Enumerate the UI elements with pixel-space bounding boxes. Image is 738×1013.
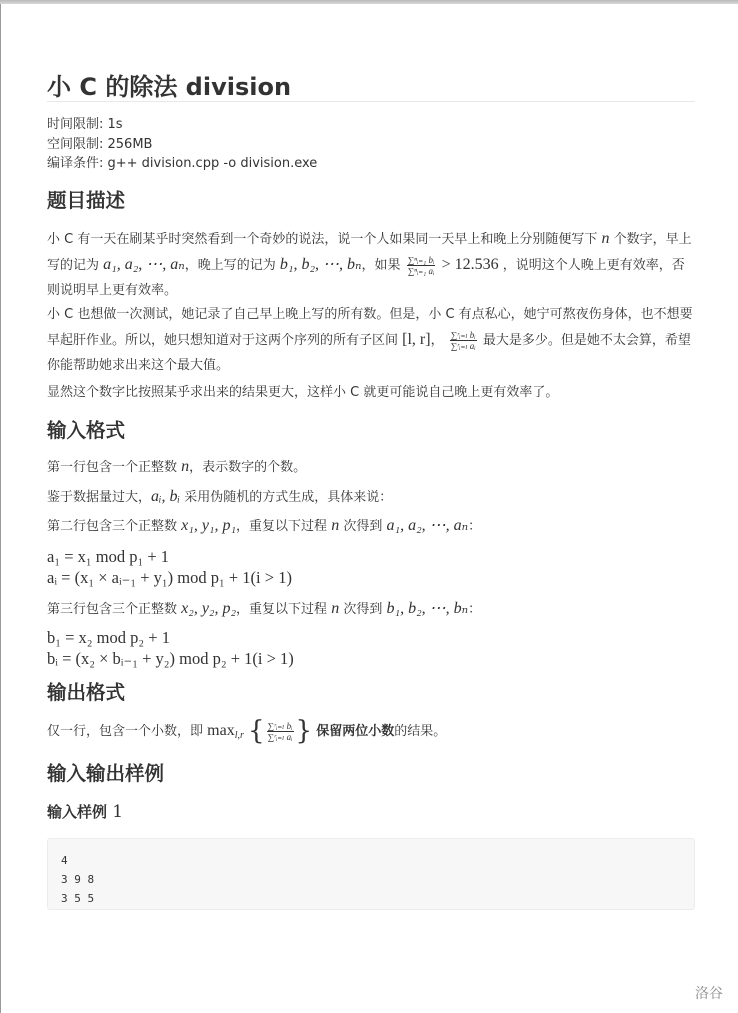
section-heading-samples: 输入输出样例 (47, 761, 164, 787)
math-n: n (601, 230, 609, 247)
equation-bi: bᵢ = (x₂ × bᵢ₋₁ + y₂) mod p₂ + 1(i > 1) (47, 649, 294, 669)
right-brace: } (296, 716, 313, 746)
equation-a1: a₁ = x₁ mod p₁ + 1 (47, 547, 169, 567)
description-paragraph-1: 小 C 有一天在刷某乎时突然看到一个奇妙的说法，说一个人如果同一天早上和晚上分别… (47, 226, 695, 303)
math-interval: [l, r] (402, 331, 430, 348)
problem-meta: 时间限制: 1s 空间限制: 256MB 编译条件: g++ division.… (47, 115, 317, 174)
memory-limit: 空间限制: 256MB (47, 135, 317, 155)
math-seq-a: a₁, a₂, ⋯, aₙ (103, 256, 185, 273)
input-line-3: 第二行包含三个正整数 x₁, y₁, p₁，重复以下过程 n 次得到 a₁, a… (47, 513, 695, 539)
compile-command: 编译条件: g++ division.cpp -o division.exe (47, 154, 317, 174)
left-border (0, 4, 1, 1013)
equation-b1: b₁ = x₂ mod p₂ + 1 (47, 628, 170, 648)
title-divider (47, 101, 695, 102)
top-shadow-bar (0, 0, 738, 4)
math-fraction: ∑ʳᵢ₌ₗ bᵢ∑ʳᵢ₌ₗ aᵢ (450, 330, 477, 351)
input-line-4: 第三行包含三个正整数 x₂, y₂, p₂，重复以下过程 n 次得到 b₁, b… (47, 596, 695, 622)
time-limit: 时间限制: 1s (47, 115, 317, 135)
math-fraction: ∑ⁿᵢ₌₁ bᵢ∑ⁿᵢ₌₁ aᵢ (407, 255, 436, 276)
equation-ai: aᵢ = (x₁ × aᵢ₋₁ + y₁) mod p₁ + 1(i > 1) (47, 568, 292, 588)
luogu-watermark: 洛谷 (695, 983, 723, 1003)
input-line-2: 鉴于数据量过大，aᵢ, bᵢ 采用伪随机的方式生成，具体来说： (47, 484, 695, 510)
output-description: 仅一行，包含一个小数，即 maxl,r {∑ʳᵢ₌ₗ bᵢ∑ʳᵢ₌ₗ aᵢ} 保… (47, 718, 695, 748)
description-paragraph-3: 显然这个数字比按照某乎求出来的结果更大，这样小 C 就更可能说自己晚上更有效率了… (47, 380, 695, 405)
left-brace: { (248, 716, 265, 746)
section-heading-description: 题目描述 (47, 188, 125, 214)
description-paragraph-2: 小 C 也想做一次测试，她记录了自己早上晚上写的所有数。但是，小 C 有点私心，… (47, 302, 695, 378)
input-line-1: 第一行包含一个正整数 n，表示数字的个数。 (47, 454, 695, 480)
page-title: 小 C 的除法 division (47, 72, 291, 102)
section-heading-input-format: 输入格式 (47, 418, 125, 444)
math-seq-b: b₁, b₂, ⋯, bₙ (280, 256, 362, 273)
section-heading-output-format: 输出格式 (47, 680, 125, 706)
math-fraction: ∑ʳᵢ₌ₗ bᵢ∑ʳᵢ₌ₗ aᵢ (267, 721, 294, 742)
sample-input-1-code-block[interactable]: 4 3 9 8 3 5 5 (47, 838, 695, 910)
sample-input-1-label: 输入样例 1 (47, 802, 123, 822)
math-threshold: > 12.536 (442, 256, 499, 273)
emphasis-text: 保留两位小数 (316, 724, 394, 739)
sample-input-1-content[interactable]: 4 3 9 8 3 5 5 (48, 839, 694, 908)
math-max: max (207, 722, 235, 739)
